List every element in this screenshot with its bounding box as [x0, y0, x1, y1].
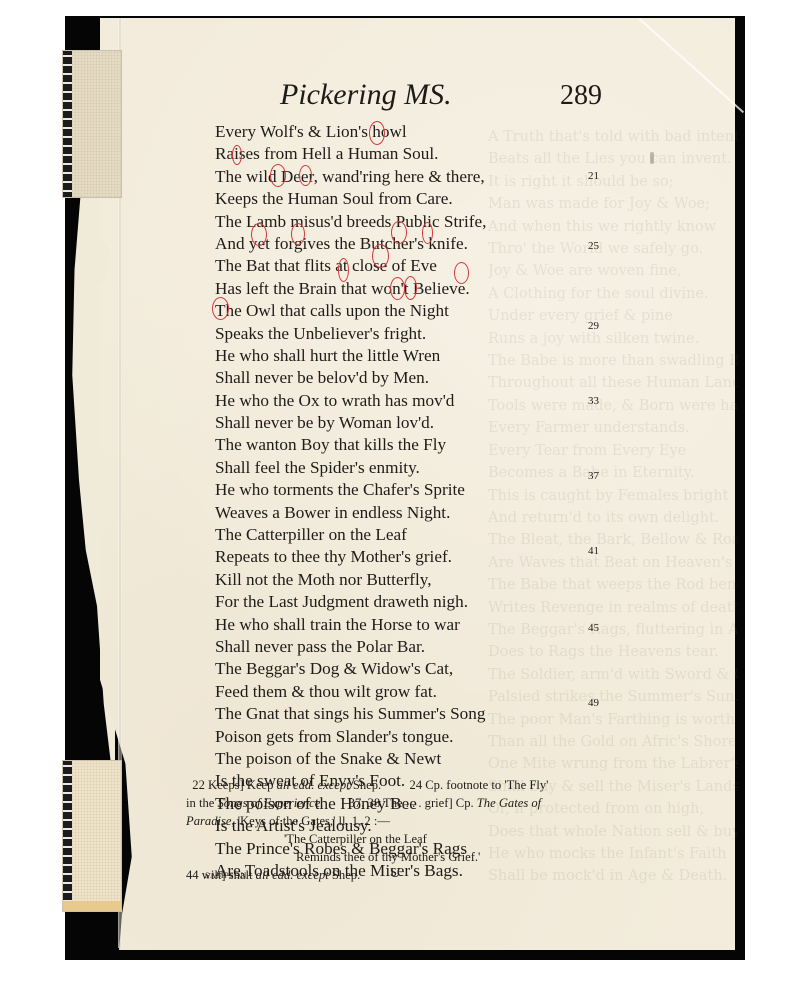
red-circle-mark — [291, 223, 305, 245]
verse-line: He who shall hurt the little Wren — [215, 345, 595, 367]
line-number: 33 — [588, 395, 599, 407]
verse-line: The poison of the Snake & Newt — [215, 748, 595, 770]
footnote-line: 22 Keeps] Keep all edd. except Shep. 24 … — [186, 776, 606, 794]
binding-tape-top — [62, 50, 122, 198]
footnote-number: 22 — [192, 778, 205, 792]
verse-line: Shall never pass the Polar Bar. — [215, 636, 595, 658]
red-circle-mark — [270, 164, 286, 187]
verse-line: Speaks the Unbeliever's fright. — [215, 323, 595, 345]
verse-line: Raises from Hell a Human Soul. — [215, 143, 595, 165]
pencil-mark — [650, 152, 654, 164]
binding-tape-bottom — [62, 760, 122, 912]
footnote-text: Cp. footnote to 'The Fly' — [425, 778, 548, 792]
tape-stitch-edge — [63, 761, 72, 911]
verse-line: Kill not the Moth nor Butterfly, — [215, 569, 595, 591]
printer-signature-name: SAMPSON — [205, 871, 247, 880]
red-circle-mark — [390, 277, 405, 300]
red-circle-mark — [391, 221, 407, 244]
verse-line: The wanton Boy that kills the Fly — [215, 434, 595, 456]
verse-line: Feed them & thou wilt grow fat. — [215, 681, 595, 703]
footnote-line: Paradise, 'Keys of the Gates,' ll. 1, 2 … — [186, 812, 606, 830]
tape-stitch-edge — [63, 51, 72, 197]
footnote-quote-line: Reminds thee of thy Mother's Grief.' — [186, 848, 606, 866]
red-circle-mark — [422, 222, 433, 244]
footnote-text: Shep. — [353, 778, 381, 792]
verse-line: The Beggar's Dog & Widow's Cat, — [215, 658, 595, 680]
footnote-italic: Songs of Experience. — [218, 796, 324, 810]
verse-line: For the Last Judgment draweth nigh. — [215, 591, 595, 613]
verse-line: The Gnat that sings his Summer's Song — [215, 703, 595, 725]
verse-line: The Catterpiller on the Leaf — [215, 524, 595, 546]
footnote-italic: The Gates of — [477, 796, 541, 810]
line-number: 29 — [588, 320, 599, 332]
footnote-italic: all edd. except — [256, 868, 329, 882]
verse-line: He who shall train the Horse to war — [215, 614, 595, 636]
red-circle-mark — [454, 262, 469, 284]
red-circle-mark — [251, 223, 267, 246]
verse-line: Shall never be by Woman lov'd. — [215, 412, 595, 434]
page-number: 289 — [560, 80, 602, 112]
red-circle-mark — [404, 276, 417, 300]
footnote-line: in the Songs of Experience. 37, 38 The .… — [186, 794, 606, 812]
red-circle-mark — [232, 145, 242, 165]
footnote-text: Shep. — [332, 868, 360, 882]
line-number: 45 — [588, 622, 599, 634]
footnote-text: 'Keys of the Gates,' ll. 1, 2 :— — [238, 814, 390, 828]
verse-line: He who torments the Chafer's Sprite — [215, 479, 595, 501]
verse-line: He who the Ox to wrath has mov'd — [215, 390, 595, 412]
verse-line: The Owl that calls upon the Night — [215, 300, 595, 322]
verse-line: Keeps the Human Soul from Care. — [215, 188, 595, 210]
footnote-italic: Paradise, — [186, 814, 235, 828]
red-circle-mark — [299, 165, 312, 186]
footnote-number: 44 — [186, 868, 199, 882]
running-head: Pickering MS. — [280, 78, 452, 112]
printer-signature-letter: U — [390, 866, 400, 882]
verse-line: Shall feel the Spider's enmity. — [215, 457, 595, 479]
verse-line: Poison gets from Slander's tongue. — [215, 726, 595, 748]
footnote-number: 24 — [410, 778, 423, 792]
line-number: 37 — [588, 470, 599, 482]
line-number: 25 — [588, 240, 599, 252]
footnote-text: Keeps] Keep — [208, 778, 273, 792]
footnote-quote-line: 'The Catterpiller on the Leaf — [186, 830, 606, 848]
red-circle-mark — [338, 258, 349, 282]
verse-line: Shall never be belov'd by Men. — [215, 367, 595, 389]
verse-line: Repeats to thee thy Mother's grief. — [215, 546, 595, 568]
verse-line: Weaves a Bower in endless Night. — [215, 502, 595, 524]
verse-line: Every Wolf's & Lion's howl — [215, 121, 595, 143]
line-number: 21 — [588, 170, 599, 182]
verse-line: The Bat that flits at close of Eve — [215, 255, 595, 277]
red-circle-mark — [369, 121, 385, 145]
footnote-italic: all edd. except — [277, 778, 350, 792]
footnote-text: 37, 38 The . . . grief] Cp. — [349, 796, 474, 810]
footnote-text: in the — [186, 796, 214, 810]
line-number: 41 — [588, 545, 599, 557]
line-number: 49 — [588, 697, 599, 709]
red-circle-mark — [212, 297, 229, 320]
red-circle-mark — [372, 244, 389, 268]
